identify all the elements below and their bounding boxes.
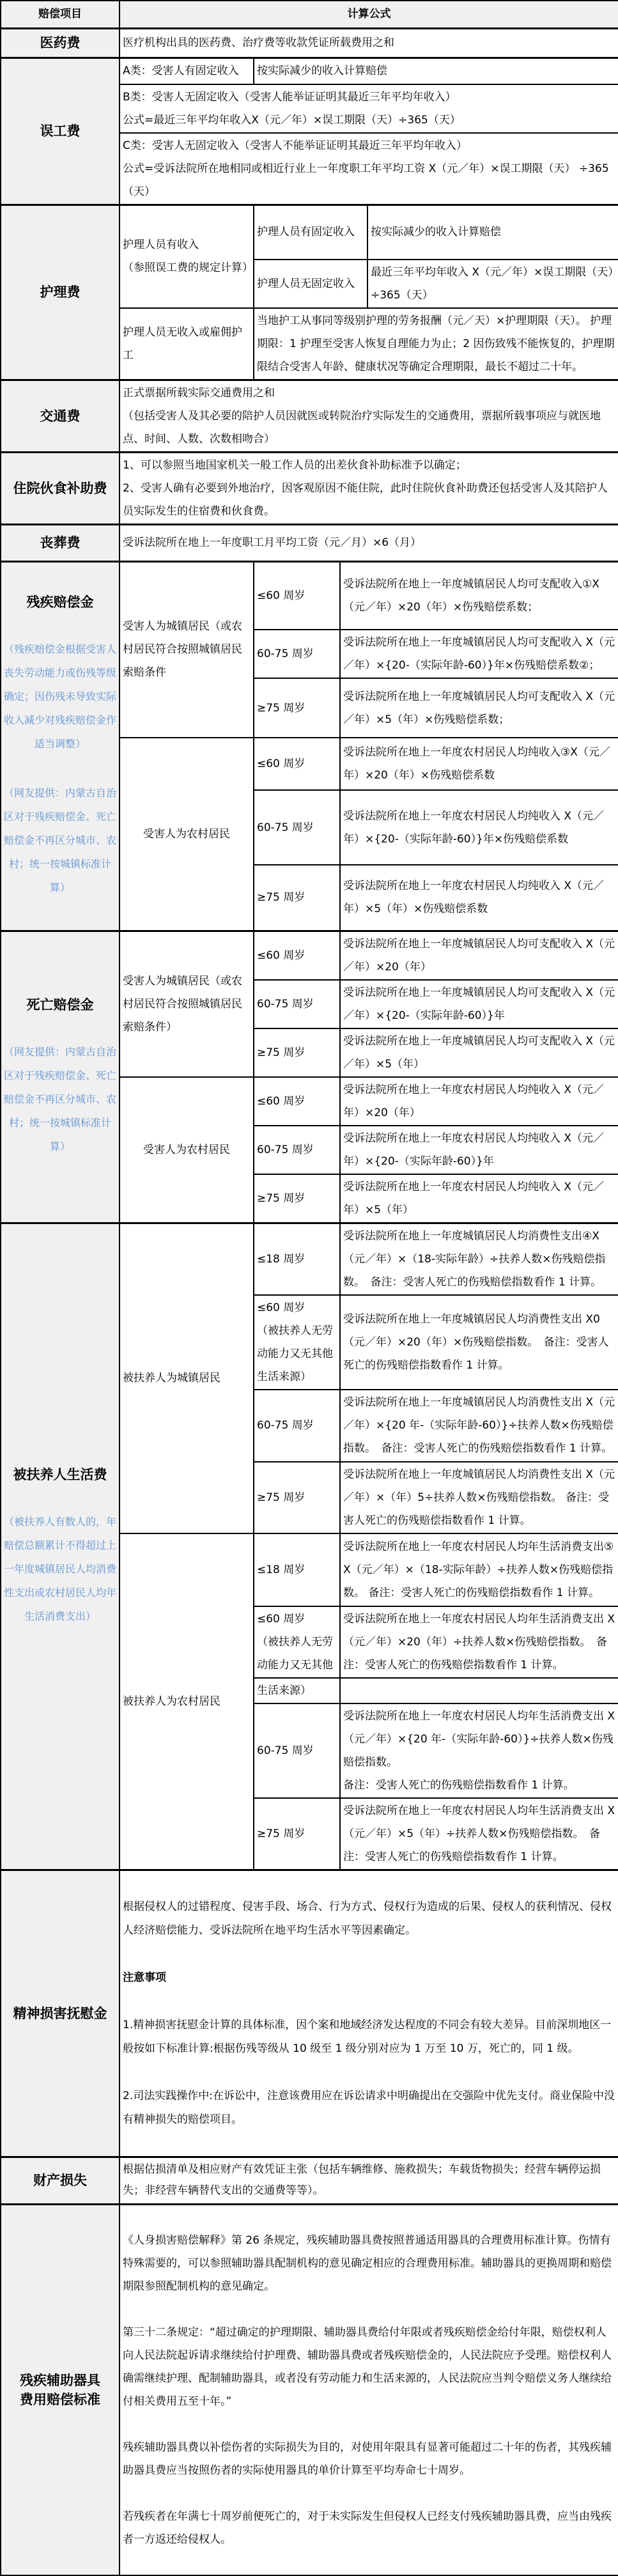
hospital-food-subsidy-formula: 1、可以参照当地国家机关一般工作人员的出差伙食补助标准予以确定； 2、受害人确有…	[120, 452, 618, 524]
death-city-age-1: 60-75 周岁	[254, 980, 340, 1028]
assistive-device-p4: 若残疾者在年满七十周岁前便死亡的，对于未实际发生但侵权人已经支付残疾辅助器具费，…	[123, 2505, 615, 2551]
label-hospital-food-subsidy: 住院伙食补助费	[1, 452, 120, 524]
row-death-city-1: 死亡赔偿金 （网友提供：内蒙古自治区对于残疾赔偿金、死亡赔偿金不再区分城市、农村…	[1, 931, 618, 980]
label-property-loss: 财产损失	[1, 2157, 120, 2204]
disability-city-formula-1: 受诉法院所在地上一年度城镇居民人均可支配收入 X（元／年）×{20-（实际年龄-…	[340, 630, 618, 678]
death-city-age-0: ≤60 周岁	[254, 931, 340, 980]
label-death-compensation: 死亡赔偿金 （网友提供：内蒙古自治区对于残疾赔偿金、死亡赔偿金不再区分城市、农村…	[1, 931, 120, 1223]
nursing-nofixed-formula: 最近三年平均年收入 X（元／年）×误工期限（天）÷365（天）	[367, 260, 618, 308]
mental-damage-p3: 2.司法实践操作中:在诉讼中，注意该费用应在诉讼请求中明确提出在交强险中优先支付…	[123, 2084, 615, 2132]
death-city-formula-0: 受诉法院所在地上一年度城镇居民人均可支配收入 X（元／年）×20（年）	[340, 931, 618, 980]
row-dependent-city-1: 被扶养人生活费 （被扶养人有数人的，年赔偿总额累计不得超过上一年度城镇居民人均消…	[1, 1223, 618, 1295]
assistive-device-p2: 第三十二条规定：“超过确定的护理期限、辅助器具费给付年限或者残疾赔偿金给付年限，…	[123, 2321, 615, 2413]
dependent-rural-age-0: ≤18 周岁	[254, 1533, 340, 1606]
mental-damage-p2: 1.精神损害抚慰金计算的具体标准，因个案和地域经济发达程度的不同会有较大差异。目…	[123, 2013, 615, 2061]
label-funeral-fee: 丧葬费	[1, 524, 120, 561]
row-nursing-fixed: 护理费 护理人员有收入 （参照误工费的规定计算） 护理人员有固定收入 按实际减少…	[1, 205, 618, 260]
disability-city-formula-0: 受诉法院所在地上一年度城镇居民人均可支配收入①X（元／年）×20（年）×伤残赔偿…	[340, 561, 618, 630]
death-city-formula-1: 受诉法院所在地上一年度城镇居民人均可支配收入 X（元／年）×{20-（实际年龄-…	[340, 980, 618, 1028]
dependent-rural-formula-2	[340, 1678, 618, 1703]
dependent-rural-formula-4: 受诉法院所在地上一年度农村居民人均年生活消费支出 X（元／年）×5（年）÷扶养人…	[340, 1798, 618, 1870]
row-disability-city-1: 残疾赔偿金 （残疾赔偿金根据受害人丧失劳动能力或伤残等级确定；因伤残未导致实际收…	[1, 561, 618, 630]
transport-fee-formula: 正式票据所载实际交通费用之和 （包括受害人及其必要的陪护人员因就医或转院治疗实际…	[120, 380, 618, 452]
disability-rural-age-2: ≥75 周岁	[254, 865, 340, 931]
lost-work-formula-b: B类：受害人无固定收入（受害人能举证证明其最近三年平均年收入） 公式=最近三年平…	[120, 84, 618, 133]
row-lost-work-a: 误工费 A类：受害人有固定收入 按实际减少的收入计算赔偿	[1, 58, 618, 84]
dependent-rural-age-2: 生活来源）	[254, 1678, 340, 1703]
row-mental-damage: 精神损害抚慰金 根据侵权人的过错程度、侵害手段、场合、行为方式、侵权行为造成的后…	[1, 1870, 618, 2157]
lost-work-type-a: A类：受害人有固定收入	[120, 58, 254, 84]
disability-note-2: （网友提供：内蒙古自治区对于残疾赔偿金、死亡赔偿金不再区分城市、农村；统一按城镇…	[4, 781, 116, 899]
row-property-loss: 财产损失 根据估损清单及相应财产有效凭证主张（包括车辆维修、施救损失；车载货物损…	[1, 2157, 618, 2204]
row-hospital-food-subsidy: 住院伙食补助费 1、可以参照当地国家机关一般工作人员的出差伙食补助标准予以确定；…	[1, 452, 618, 524]
dependent-note: （被扶养人有数人的，年赔偿总额累计不得超过上一年度城镇居民人均消费性支出或农村居…	[4, 1510, 116, 1628]
lost-work-formula-a: 按实际减少的收入计算赔偿	[254, 58, 618, 84]
dependent-city-formula-2: 受诉法院所在地上一年度城镇居民人均消费性支出 X（元／年）×{20 年-（实际年…	[340, 1390, 618, 1462]
dependent-rural-formula-3: 受诉法院所在地上一年度农村居民人均年生活消费支出 X（元／年）×{20 年-（实…	[340, 1703, 618, 1798]
disability-rural-age-0: ≤60 周岁	[254, 738, 340, 790]
nursing-fixed-formula: 按实际减少的收入计算赔偿	[367, 205, 618, 260]
dependent-city-formula-0: 受诉法院所在地上一年度城镇居民人均消费性支出④X（元／年）×（18-实际年龄）÷…	[340, 1223, 618, 1295]
mental-damage-heading: 注意事项	[123, 1966, 615, 1990]
nursing-noincome-type: 护理人员无收入或雇佣护工	[120, 308, 254, 380]
compensation-table: 赔偿项目 计算公式 医药费 医疗机构出具的医药费、治疗费等收款凭证所载费用之和 …	[0, 0, 618, 2576]
mental-damage-p1: 根据侵权人的过错程度、侵害手段、场合、行为方式、侵权行为造成的后果、侵权人的获利…	[123, 1895, 615, 1943]
table-header-row: 赔偿项目 计算公式	[1, 1, 618, 28]
row-funeral-fee: 丧葬费 受诉法院所在地上一年度职工月平均工资（元／月）×6（月）	[1, 524, 618, 561]
label-lost-work-fee: 误工费	[1, 58, 120, 205]
disability-rural-formula-0: 受诉法院所在地上一年度农村居民人均纯收入③X（元／年）×20（年）×伤残赔偿系数	[340, 738, 618, 790]
death-rural-age-2: ≥75 周岁	[254, 1174, 340, 1223]
death-city-age-2: ≥75 周岁	[254, 1028, 340, 1077]
header-item: 赔偿项目	[1, 1, 120, 28]
medical-fee-formula: 医疗机构出具的医药费、治疗费等收款凭证所载费用之和	[120, 28, 618, 58]
disability-city-age-0: ≤60 周岁	[254, 561, 340, 630]
dependent-rural-age-1: ≤60 周岁 （被扶养人无劳动能力又无其他	[254, 1606, 340, 1678]
death-city-formula-2: 受诉法院所在地上一年度城镇居民人均可支配收入 X（元／年）×5（年）	[340, 1028, 618, 1077]
label-dependent-living-fee: 被扶养人生活费 （被扶养人有数人的，年赔偿总额累计不得超过上一年度城镇居民人均消…	[1, 1223, 120, 1870]
nursing-noincome-formula: 当地护工从事同等级别护理的劳务报酬（元／天）×护理期限（天）。 护理期限：1 护…	[254, 308, 618, 380]
death-rural-formula-2: 受诉法院所在地上一年度农村居民人均纯收入 X（元／年）×5（年）	[340, 1174, 618, 1223]
header-formula: 计算公式	[120, 1, 618, 28]
dependent-city-formula-3: 受诉法院所在地上一年度城镇居民人均消费性支出 X（元／年）×（年）5÷扶养人数×…	[340, 1462, 618, 1533]
death-rural-age-0: ≤60 周岁	[254, 1077, 340, 1126]
row-assistive-device: 残疾辅助器具 费用赔偿标准 《人身损害赔偿解释》第 26 条规定，残疾辅助器具费…	[1, 2204, 618, 2575]
label-disability-compensation: 残疾赔偿金 （残疾赔偿金根据受害人丧失劳动能力或伤残等级确定；因伤残未导致实际收…	[1, 561, 120, 931]
nursing-has-income-group: 护理人员有收入 （参照误工费的规定计算）	[120, 205, 254, 308]
assistive-device-p3: 残疾辅助器具费以补偿伤者的实际损失为目的，对使用年限具有显著可能超过二十年的伤者…	[123, 2436, 615, 2482]
funeral-fee-formula: 受诉法院所在地上一年度职工月平均工资（元／月）×6（月）	[120, 524, 618, 561]
assistive-device-formula: 《人身损害赔偿解释》第 26 条规定，残疾辅助器具费按照普通适用器具的合理费用标…	[120, 2204, 618, 2575]
mental-damage-formula: 根据侵权人的过错程度、侵害手段、场合、行为方式、侵权行为造成的后果、侵权人的获利…	[120, 1870, 618, 2157]
assistive-device-p1: 《人身损害赔偿解释》第 26 条规定，残疾辅助器具费按照普通适用器具的合理费用标…	[123, 2229, 615, 2298]
disability-city-formula-2: 受诉法院所在地上一年度城镇居民人均可支配收入 X（元／年）×5（年）×伤残赔偿系…	[340, 678, 618, 738]
disability-city-age-2: ≥75 周岁	[254, 678, 340, 738]
disability-rural-formula-1: 受诉法院所在地上一年度农村居民人均纯收入 X（元／年）×{20-（实际年龄-60…	[340, 790, 618, 865]
death-city-group: 受害人为城镇居民（或农村居民符合按照城镇居民索赔条件）	[120, 931, 254, 1077]
dependent-city-group: 被扶养人为城镇居民	[120, 1223, 254, 1533]
death-rural-formula-1: 受诉法院所在地上一年度农村居民人均纯收入 X（元／年）×{20-（实际年龄-60…	[340, 1126, 618, 1174]
disability-city-age-1: 60-75 周岁	[254, 630, 340, 678]
death-rural-age-1: 60-75 周岁	[254, 1126, 340, 1174]
dependent-city-formula-1: 受诉法院所在地上一年度城镇居民人均消费性支出 X0（元／年）×20（年）×伤残赔…	[340, 1295, 618, 1390]
dependent-city-age-1: ≤60 周岁 （被扶养人无劳动能力又无其他生活来源）	[254, 1295, 340, 1390]
label-nursing-fee: 护理费	[1, 205, 120, 380]
dependent-rural-age-4: ≥75 周岁	[254, 1798, 340, 1870]
lost-work-formula-c: C类：受害人无固定收入（受害人不能举证证明其最近三年平均年收入） 公式=受诉法院…	[120, 133, 618, 205]
disability-rural-group: 受害人为农村居民	[120, 738, 254, 931]
death-note: （网友提供：内蒙古自治区对于残疾赔偿金、死亡赔偿金不再区分城市、农村；统一按城镇…	[4, 1040, 116, 1158]
dependent-city-age-3: ≥75 周岁	[254, 1462, 340, 1533]
label-assistive-device-standard: 残疾辅助器具 费用赔偿标准	[1, 2204, 120, 2575]
disability-city-group: 受害人为城镇居民（或农村居民符合按照城镇居民索赔条件	[120, 561, 254, 738]
dependent-city-age-2: 60-75 周岁	[254, 1390, 340, 1462]
dependent-city-age-0: ≤18 周岁	[254, 1223, 340, 1295]
dependent-rural-formula-0: 受诉法院所在地上一年度农村居民人均年生活消费支出⑤ X（元／年）×（18-实际年…	[340, 1533, 618, 1606]
disability-note-1: （残疾赔偿金根据受害人丧失劳动能力或伤残等级确定；因伤残未导致实际收入减少对残疾…	[4, 637, 116, 756]
property-loss-formula: 根据估损清单及相应财产有效凭证主张（包括车辆维修、施救损失；车载货物损失；经营车…	[120, 2157, 618, 2204]
dependent-rural-group: 被扶养人为农村居民	[120, 1533, 254, 1870]
disability-rural-formula-2: 受诉法院所在地上一年度农村居民人均纯收入 X（元／年）×5（年）×伤残赔偿系数	[340, 865, 618, 931]
death-rural-formula-0: 受诉法院所在地上一年度农村居民人均纯收入 X（元／年）×20（年）	[340, 1077, 618, 1126]
nursing-nofixed-type: 护理人员无固定收入	[254, 260, 367, 308]
row-transport-fee: 交通费 正式票据所载实际交通费用之和 （包括受害人及其必要的陪护人员因就医或转院…	[1, 380, 618, 452]
label-medical-fee: 医药费	[1, 28, 120, 58]
nursing-fixed-type: 护理人员有固定收入	[254, 205, 367, 260]
disability-rural-age-1: 60-75 周岁	[254, 790, 340, 865]
dependent-rural-formula-1: 受诉法院所在地上一年度农村居民人均年生活消费支出 X（元／年）×20（年）÷扶养…	[340, 1606, 618, 1678]
label-transport-fee: 交通费	[1, 380, 120, 452]
death-rural-group: 受害人为农村居民	[120, 1077, 254, 1223]
row-medical-fee: 医药费 医疗机构出具的医药费、治疗费等收款凭证所载费用之和	[1, 28, 618, 58]
label-mental-damage: 精神损害抚慰金	[1, 1870, 120, 2157]
dependent-rural-age-3: 60-75 周岁	[254, 1703, 340, 1798]
